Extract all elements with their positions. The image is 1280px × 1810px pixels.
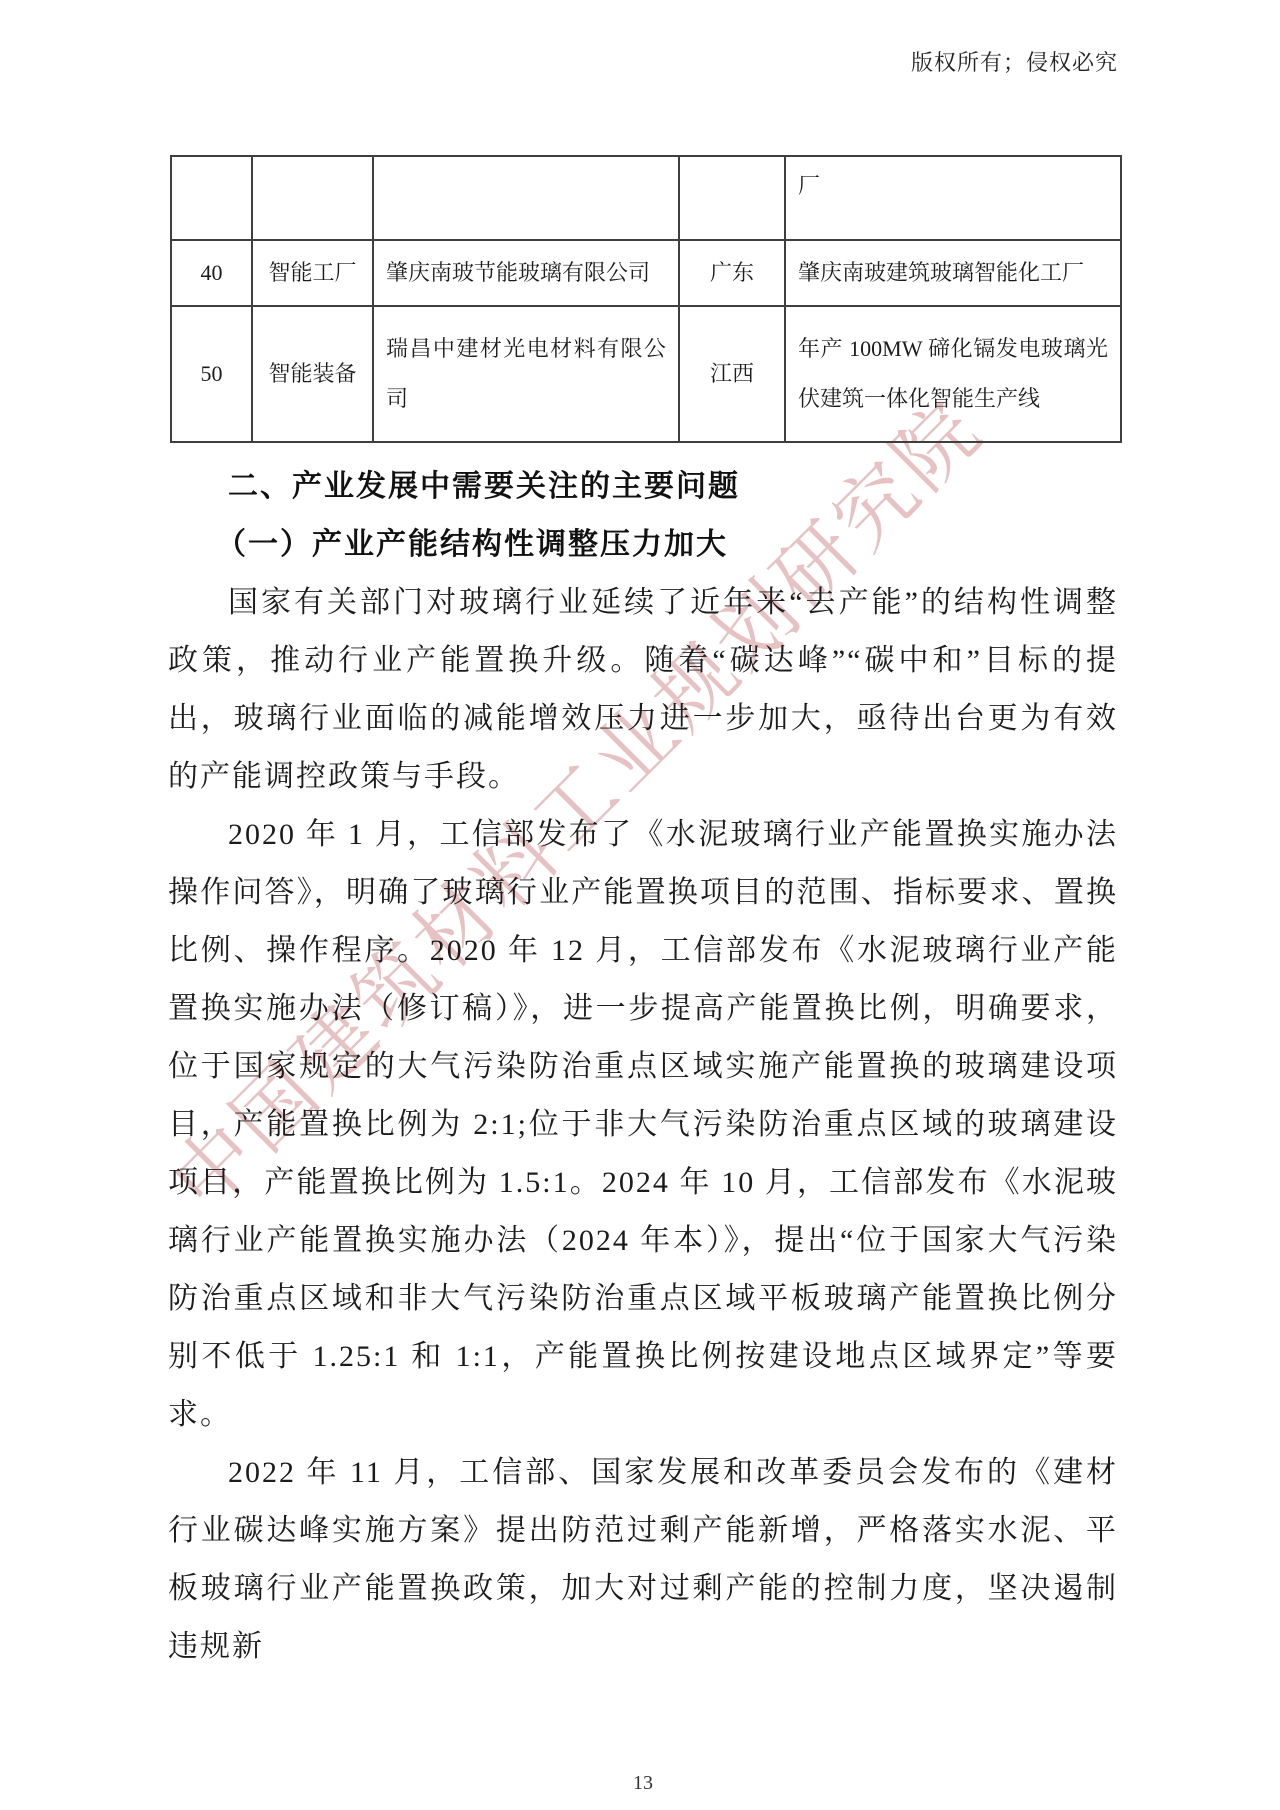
cell-no: 40 — [171, 240, 252, 306]
cell-category: 智能装备 — [252, 306, 373, 442]
table-row-40: 40 智能工厂 肇庆南玻节能玻璃有限公司 广东 肇庆南玻建筑玻璃智能化工厂 — [171, 240, 1121, 306]
page-number: 13 — [168, 1772, 1118, 1795]
cell-project: 肇庆南玻建筑玻璃智能化工厂 — [785, 240, 1121, 306]
cell-category: 智能工厂 — [252, 240, 373, 306]
subsection-heading: （一）产业产能结构性调整压力加大 — [168, 516, 1118, 574]
cell-company: 肇庆南玻节能玻璃有限公司 — [373, 240, 679, 306]
cell-province — [679, 156, 785, 240]
cell-company: 瑞昌中建材光电材料有限公司 — [373, 306, 679, 442]
paragraph: 2022 年 11 月，工信部、国家发展和改革委员会发布的《建材行业碳达峰实施方… — [168, 1444, 1118, 1676]
table-row-50: 50 智能装备 瑞昌中建材光电材料有限公司 江西 年产 100MW 碲化镉发电玻… — [171, 306, 1121, 442]
paragraph: 国家有关部门对玻璃行业延续了近年来“去产能”的结构性调整政策，推动行业产能置换升… — [168, 574, 1118, 806]
cell-no: 50 — [171, 306, 252, 442]
paragraph: 2020 年 1 月，工信部发布了《水泥玻璃行业产能置换实施办法操作问答》，明确… — [168, 806, 1118, 1444]
cell-project: 年产 100MW 碲化镉发电玻璃光伏建筑一体化智能生产线 — [785, 306, 1121, 442]
cell-province: 江西 — [679, 306, 785, 442]
main-content: 二、产业发展中需要关注的主要问题 （一）产业产能结构性调整压力加大 国家有关部门… — [168, 458, 1118, 1676]
table-row-continuation: 厂 — [171, 156, 1121, 240]
copyright-notice: 版权所有；侵权必究 — [0, 46, 1118, 77]
cell-category — [252, 156, 373, 240]
document-page: 版权所有；侵权必究 中国建筑材料工业规划研究院 厂 40 — [0, 0, 1280, 1810]
section-heading: 二、产业发展中需要关注的主要问题 — [168, 458, 1118, 516]
table-container: 厂 40 智能工厂 肇庆南玻节能玻璃有限公司 广东 肇庆南玻建筑玻璃智能化工厂 … — [170, 155, 1122, 443]
cell-province: 广东 — [679, 240, 785, 306]
cell-company — [373, 156, 679, 240]
cell-no — [171, 156, 252, 240]
projects-table: 厂 40 智能工厂 肇庆南玻节能玻璃有限公司 广东 肇庆南玻建筑玻璃智能化工厂 … — [170, 155, 1122, 443]
cell-project: 厂 — [785, 156, 1121, 240]
